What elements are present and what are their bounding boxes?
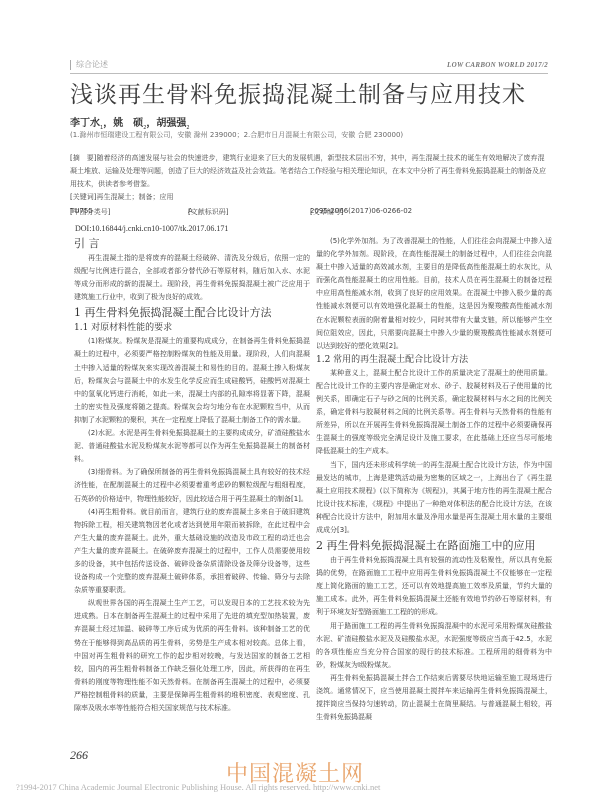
section-label: 综合论述 xyxy=(70,60,108,70)
running-header: 综合论述 LOW CARBON WORLD 2017/2 xyxy=(70,60,548,74)
page-number: 266 xyxy=(70,748,88,763)
keywords-label: [关键词] xyxy=(70,193,96,201)
copyright-footer: ?1994-2017 China Academic Journal Electr… xyxy=(16,782,380,792)
paragraph: 某种意义上，混凝土配合比设计工作的质量决定了混凝土的使用质量。配合比设计工作的主… xyxy=(316,367,552,459)
journal-name: LOW CARBON WORLD 2017/2 xyxy=(447,61,548,69)
paragraph: (2)水泥。水泥是再生骨料免振捣混凝土的主要构成成分，矿渣硅酸盐水泥、普通硅酸盐… xyxy=(74,427,310,466)
author-2: 姚 硕 xyxy=(113,118,143,129)
right-column: (5)化学外加剂。为了改善混凝土的性能，人们往往会向混凝土中掺入适量的化学外加剂… xyxy=(316,235,552,724)
paragraph: 纵观世界各国的再生混凝土生产工艺，可以发现日本的工艺技术较为先进成熟。日本在制备… xyxy=(74,597,310,715)
author-1: 李丁水 xyxy=(70,118,100,129)
intro-heading: 引 言 xyxy=(74,235,310,252)
keywords: [关键词]再生混凝土；制备；应用 xyxy=(70,192,173,202)
authors: 李丁水1，姚 硕2，胡强强2 xyxy=(70,114,190,131)
section-heading-1: 1 再生骨料免振捣混凝土配合比设计方法 xyxy=(74,304,310,321)
paragraph: 由于再生骨料免振捣混凝土具有较强的流动性及粘聚性，所以具有免振捣的优势，在路面施… xyxy=(316,554,552,619)
abstract-text: 随着经济的高速发展与社会的快速进步，建筑行业迎来了巨大的发展机遇，新型技术层出不… xyxy=(70,154,546,188)
abstract-label: [摘 要] xyxy=(70,154,96,162)
paragraph: (1)粉煤灰。粉煤灰是混凝土的重要构成成分，在制备再生骨料免振捣混凝土的过程中，… xyxy=(74,335,310,427)
abstract: [摘 要]随着经济的高速发展与社会的快速进步，建筑行业迎来了巨大的发展机遇，新型… xyxy=(70,152,548,191)
keywords-text: 再生混凝土；制备；应用 xyxy=(96,193,173,201)
paragraph: 当下，国内还未形成科学统一的再生混凝土配合比设计方法，作为中国最发达的城市，上海… xyxy=(316,459,552,538)
subsection-heading-1-1: 1.1 对原材料性能的要求 xyxy=(74,321,310,335)
paragraph: (5)化学外加剂。为了改善混凝土的性能，人们往往会向混凝土中掺入适量的化学外加剂… xyxy=(316,235,552,353)
article-title: 浅谈再生骨料免振捣混凝土制备与应用技术 xyxy=(70,76,526,109)
paragraph: 用于路面施工工程的再生骨料免振捣混凝中的水泥可采用粉煤灰硅酸盐水泥、矿渣硅酸盐水… xyxy=(316,620,552,672)
paragraph: (4)再生粗骨料。就目前而言，建筑行业的废弃混凝土多来自于破旧建筑物拆除工程，相… xyxy=(74,506,310,598)
left-column: 引 言 再生混凝土指的是将废弃的混凝土经破碎、清洗及分级后，依照一定的级配与比例… xyxy=(74,235,310,715)
subsection-heading-1-2: 1.2 常用的再生混凝土配合比设计方法 xyxy=(316,353,552,367)
affiliation: (1.滁州市恒瑞建设工程有限公司，安徽 滁州 239000；2.合肥市日月混凝土… xyxy=(70,130,403,140)
paragraph: 再生混凝土指的是将废弃的混凝土经破碎、清洗及分级后，依照一定的级配与比例进行混合… xyxy=(74,252,310,304)
author-3: 胡强强 xyxy=(156,118,186,129)
doi: DOI:10.16844/j.cnki.cn10-1007/tk.2017.06… xyxy=(75,224,228,233)
paragraph: 再生骨料免振捣混凝土拌合工作结束后需要尽快地运输至施工现场进行浇筑。通常情况下，… xyxy=(316,672,552,724)
paragraph: (3)细骨料。为了确保所制备的再生骨料免振捣混凝土具有较好的技术经济性能，在配制… xyxy=(74,466,310,505)
section-heading-2: 2 再生骨料免振捣混凝土在路面施工中的应用 xyxy=(316,537,552,554)
